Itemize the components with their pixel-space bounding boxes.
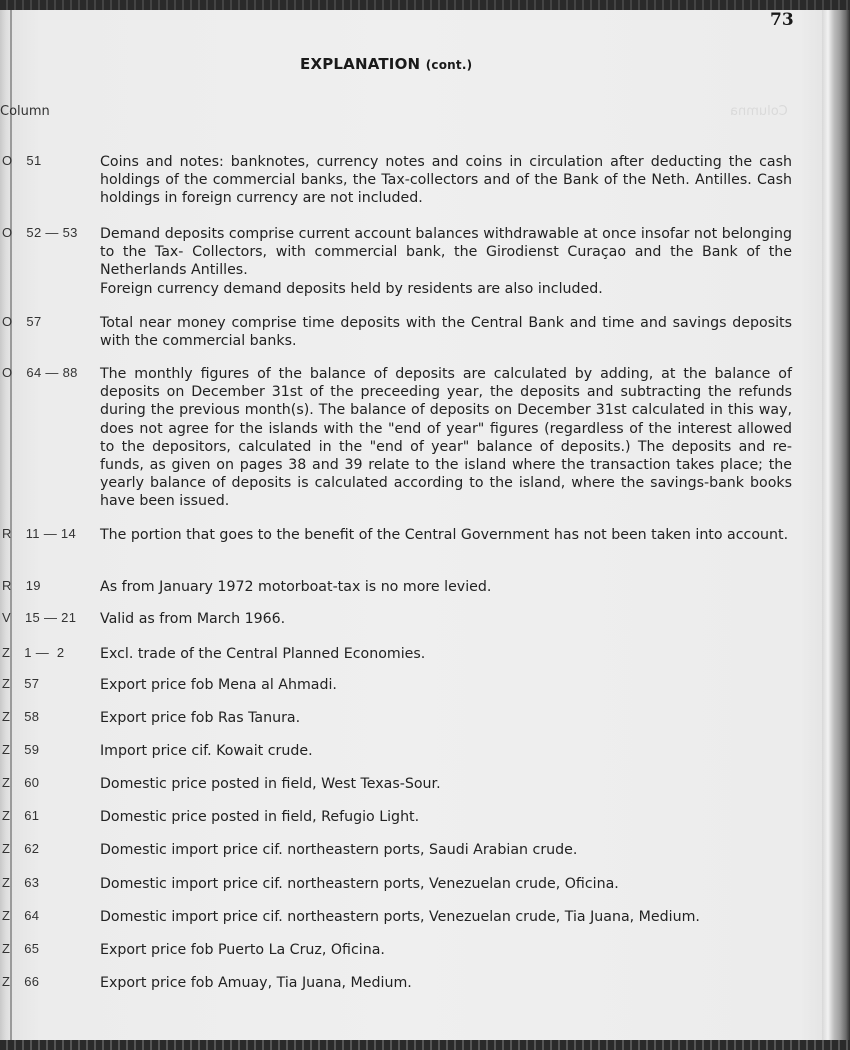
column-numbers: 19 [26,578,41,593]
page-title-main: EXPLANATION [300,55,420,73]
table-letter: R [2,578,12,593]
column-numbers: 57 [24,676,39,691]
column-reference: R19 [2,578,41,593]
explanation-paragraph: Domestic import price cif. northeastern … [100,908,792,926]
column-reference: O57 [2,314,41,329]
column-numbers: 66 [24,974,39,989]
table-letter: Z [2,841,10,856]
explanation-paragraph: Export price fob Puerto La Cruz, Oficina… [100,941,792,959]
column-reference: Z61 [2,808,39,823]
explanation-paragraph: The portion that goes to the benefit of … [100,526,792,544]
table-letter: Z [2,974,10,989]
column-reference: O52 — 53 [2,225,78,240]
page-title: EXPLANATION (cont.) [300,55,472,73]
column-numbers: 64 [24,908,39,923]
explanation-text: Valid as from March 1966. [100,610,792,628]
column-reference: V15 — 21 [2,610,76,625]
column-numbers: 64 — 88 [26,365,77,380]
table-letter: O [2,365,12,380]
explanation-paragraph: Domestic import price cif. northeastern … [100,875,792,893]
explanation-paragraph: Export price fob Ras Tanura. [100,709,792,727]
table-letter: O [2,153,12,168]
explanation-paragraph: Export price fob Amuay, Tia Juana, Mediu… [100,974,792,992]
table-letter: Z [2,808,10,823]
column-reference: Z1 — 2 [2,645,64,660]
table-letter: O [2,225,12,240]
column-numbers: 65 [24,941,39,956]
column-reference: R11 — 14 [2,526,76,541]
page-title-suffix: (cont.) [426,58,473,72]
column-reference: O64 — 88 [2,365,78,380]
explanation-paragraph: Domestic price posted in field, West Tex… [100,775,792,793]
column-header: Column [0,104,50,119]
table-letter: Z [2,775,10,790]
column-reference: Z65 [2,941,39,956]
explanation-text: Export price fob Amuay, Tia Juana, Mediu… [100,974,792,992]
table-letter: Z [2,941,10,956]
explanation-paragraph: Coins and notes: banknotes, currency not… [100,153,792,208]
table-letter: R [2,526,12,541]
explanation-text: Import price cif. Kowait crude. [100,742,792,760]
explanation-paragraph: Domestic import price cif. northeastern … [100,841,792,859]
table-letter: Z [2,676,10,691]
column-numbers: 61 [24,808,39,823]
explanation-text: Excl. trade of the Central Planned Econo… [100,645,792,663]
explanation-paragraph: Import price cif. Kowait crude. [100,742,792,760]
column-numbers: 51 [26,153,41,168]
explanation-text: Export price fob Mena al Ahmadi. [100,676,792,694]
explanation-text: Export price fob Puerto La Cruz, Oficina… [100,941,792,959]
explanation-text: Domestic price posted in field, West Tex… [100,775,792,793]
column-numbers: 11 — 14 [26,526,76,541]
explanation-paragraph: Excl. trade of the Central Planned Econo… [100,645,792,663]
explanation-paragraph: Domestic price posted in field, Refugio … [100,808,792,826]
column-reference: Z60 [2,775,39,790]
column-numbers: 62 [24,841,39,856]
explanation-text: The portion that goes to the benefit of … [100,526,792,544]
explanation-paragraph: Foreign currency demand deposits held by… [100,280,792,298]
explanation-paragraph: Demand deposits comprise current account… [100,225,792,280]
column-numbers: 59 [24,742,39,757]
explanation-text: Domestic import price cif. northeastern … [100,841,792,859]
column-numbers: 57 [26,314,41,329]
explanation-paragraph: Total near money comprise time deposits … [100,314,792,350]
table-letter: Z [2,742,10,757]
explanation-text: Total near money comprise time deposits … [100,314,792,350]
table-letter: O [2,314,12,329]
explanation-text: Domestic price posted in field, Refugio … [100,808,792,826]
column-reference: Z64 [2,908,39,923]
explanation-text: Domestic import price cif. northeastern … [100,875,792,893]
column-numbers: 63 [24,875,39,890]
explanation-text: The monthly figures of the balance of de… [100,365,792,511]
column-numbers: 60 [24,775,39,790]
column-reference: O51 [2,153,41,168]
column-numbers: 15 — 21 [25,610,76,625]
table-letter: Z [2,908,10,923]
column-reference: Z57 [2,676,39,691]
table-letter: V [2,610,11,625]
column-numbers: 52 — 53 [26,225,77,240]
explanation-paragraph: Export price fob Mena al Ahmadi. [100,676,792,694]
explanation-paragraph: As from January 1972 motorboat-tax is no… [100,578,792,596]
table-letter: Z [2,645,10,660]
explanation-paragraph: The monthly figures of the balance of de… [100,365,792,511]
scan-bottom-edge [0,1040,850,1050]
scan-top-edge [0,0,850,10]
page-edge-stack [822,8,850,1040]
bleed-through-column-header: Columna [730,104,788,119]
column-reference: Z58 [2,709,39,724]
explanation-text: Domestic import price cif. northeastern … [100,908,792,926]
explanation-text: As from January 1972 motorboat-tax is no… [100,578,792,596]
table-letter: Z [2,875,10,890]
explanation-text: Coins and notes: banknotes, currency not… [100,153,792,208]
column-reference: Z62 [2,841,39,856]
column-reference: Z59 [2,742,39,757]
page-number: 73 [770,10,794,30]
table-letter: Z [2,709,10,724]
explanation-text: Export price fob Ras Tanura. [100,709,792,727]
explanation-text: Demand deposits comprise current account… [100,225,792,298]
column-numbers: 58 [24,709,39,724]
column-reference: Z63 [2,875,39,890]
explanation-paragraph: Valid as from March 1966. [100,610,792,628]
column-reference: Z66 [2,974,39,989]
column-numbers: 1 — 2 [24,645,64,660]
